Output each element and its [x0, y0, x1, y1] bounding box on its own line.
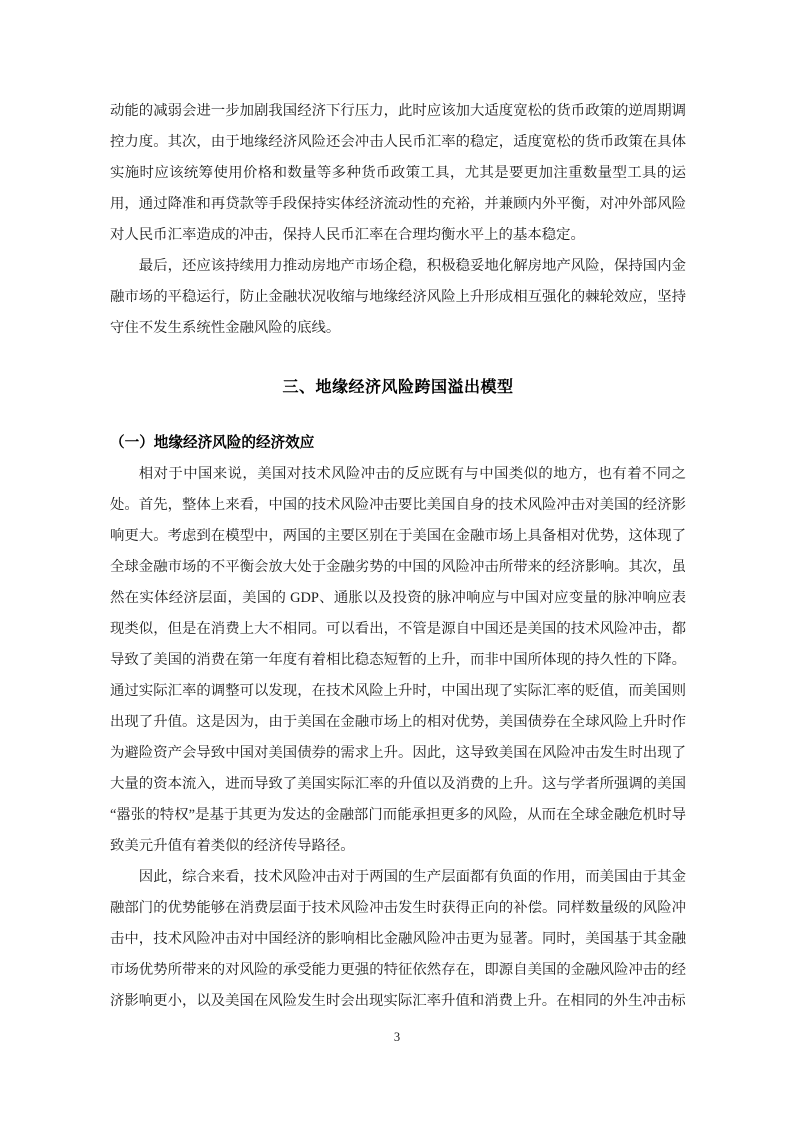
body-paragraph: 因此，综合来看，技术风险冲击对于两国的生产层面都有负面的作用，而美国由于其金融部… — [110, 862, 686, 1017]
page-content: 动能的减弱会进一步加剧我国经济下行压力，此时应该加大适度宽松的货币政策的逆周期调… — [110, 96, 686, 1017]
page-number: 3 — [394, 1030, 400, 1044]
subsection-heading: （一）地缘经济风险的经济效应 — [110, 428, 686, 459]
document-page: 动能的减弱会进一步加剧我国经济下行压力，此时应该加大适度宽松的货币政策的逆周期调… — [0, 0, 794, 1123]
body-paragraph-continuation: 动能的减弱会进一步加剧我国经济下行压力，此时应该加大适度宽松的货币政策的逆周期调… — [110, 96, 686, 251]
body-paragraph: 最后，还应该持续用力推动房地产市场企稳，积极稳妥地化解房地产风险，保持国内金融市… — [110, 251, 686, 344]
section-heading: 三、地缘经济风险跨国溢出模型 — [110, 372, 686, 404]
page-footer: 3 — [0, 1028, 794, 1046]
body-paragraph: 相对于中国来说，美国对技术风险冲击的反应既有与中国类似的地方，也有着不同之处。首… — [110, 459, 686, 862]
